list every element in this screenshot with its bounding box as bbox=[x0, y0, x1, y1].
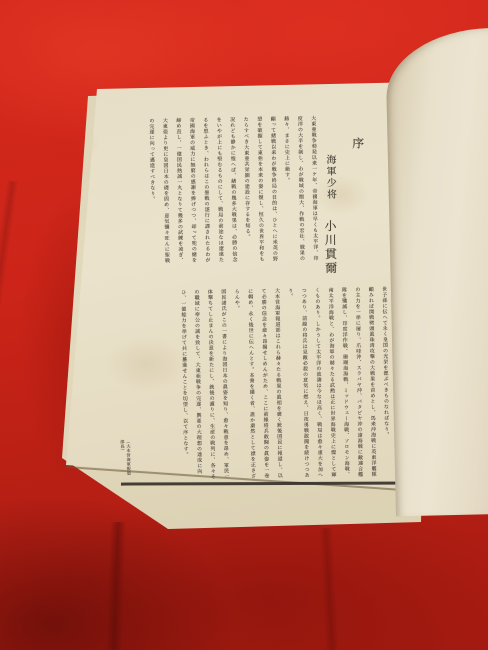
attribution-note: （大本営海軍報道部長） bbox=[119, 439, 132, 475]
author-rank: 海軍少将 bbox=[324, 154, 336, 201]
preface-text-lower-tier: 本書は大本営海軍報道部監修の下に、開戦一周年を期して刊行せらるる海軍作戦記録写真… bbox=[131, 286, 420, 482]
preface-text-upper-tier: 大東亜戦争勃発以来一ケ年、帝國海軍は早くも太平洋、印度洋の大半を制し、わが戦域の… bbox=[139, 115, 321, 268]
page-title: 序 bbox=[350, 137, 367, 150]
author-name: 小川貫爾 bbox=[323, 220, 338, 276]
bottom-rule bbox=[121, 482, 424, 486]
photo-scene: 序 海軍少将 小川貫爾 大東亜戦争勃発以来一ケ年、帝國海軍は早くも太平洋、印度洋… bbox=[0, 0, 488, 650]
author-signature: 海軍少将 小川貫爾 bbox=[319, 154, 361, 285]
raised-turning-page bbox=[385, 28, 488, 516]
